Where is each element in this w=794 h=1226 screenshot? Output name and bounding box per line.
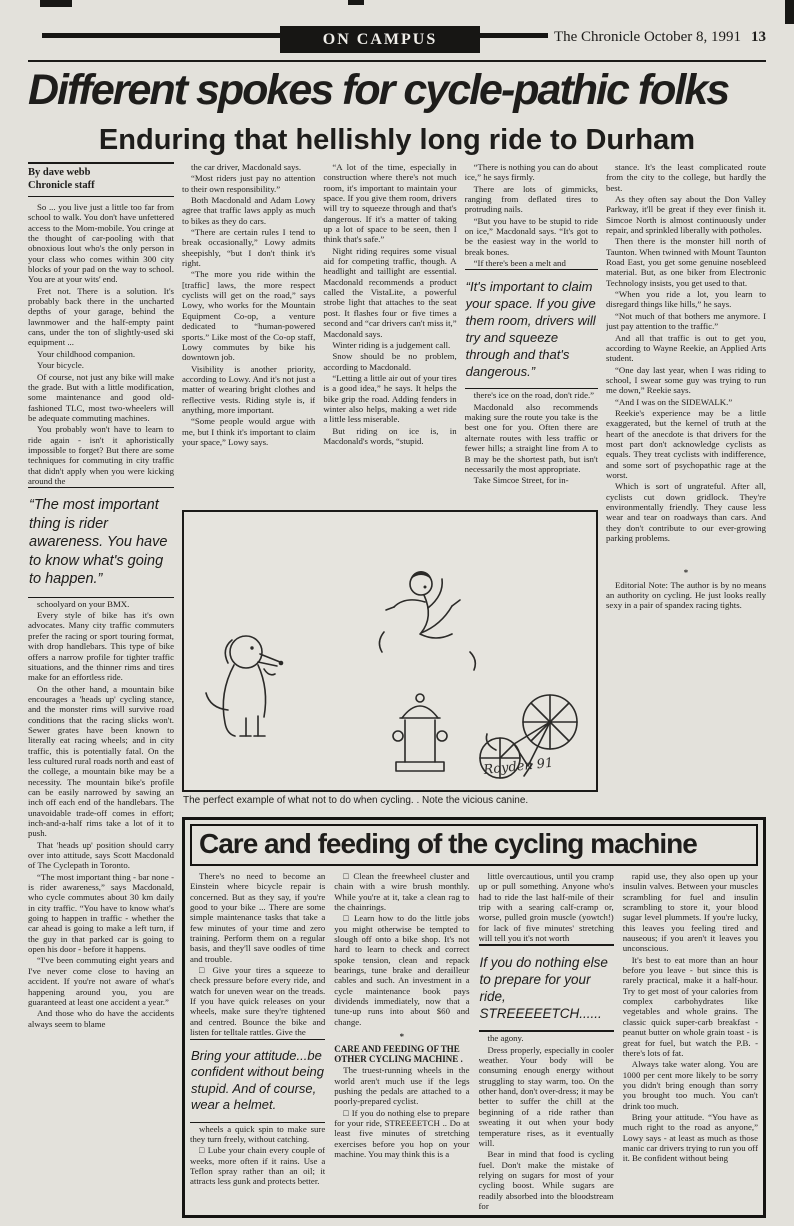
body-paragraph: But riding on ice is, in Macdonald's wor… bbox=[323, 426, 456, 447]
body-paragraph: little overcautious, until you cramp up … bbox=[479, 871, 614, 943]
body-paragraph: wheels a quick spin to make sure they tu… bbox=[190, 1124, 325, 1145]
pullquote-stretch: If you do nothing else to prepare for yo… bbox=[479, 944, 614, 1032]
main-column-4: “There is nothing you can do about ice,”… bbox=[465, 162, 598, 508]
cartoon-box: Royden 91 bbox=[182, 510, 598, 792]
body-paragraph: It's best to eat more than an hour befor… bbox=[623, 955, 758, 1058]
body-paragraph: Which is sort of ungrateful. After all, … bbox=[606, 481, 766, 543]
body-paragraph: stance. It's the least complicated route… bbox=[606, 162, 766, 193]
page-number: 13 bbox=[751, 29, 766, 45]
body-paragraph: As they often say about the Don Valley P… bbox=[606, 194, 766, 235]
body-paragraph: Your childhood companion. bbox=[28, 349, 174, 359]
body-paragraph: Both Macdonald and Adam Lowy agree that … bbox=[182, 195, 315, 226]
body-paragraph: And those who do have the accidents alwa… bbox=[28, 1008, 174, 1029]
care-article-columns: There's no need to become an Einstein wh… bbox=[190, 871, 758, 1212]
body-paragraph: “There is nothing you can do about ice,”… bbox=[465, 162, 598, 183]
mid-columns: the car driver, Macdonald says. “Most ri… bbox=[182, 162, 598, 508]
body-paragraph: “But you have to be stupid to ride on ic… bbox=[465, 216, 598, 257]
body-paragraph: That 'heads up' position should carry ov… bbox=[28, 840, 174, 871]
cartoon-cyclist bbox=[379, 571, 475, 670]
main-column-2: the car driver, Macdonald says. “Most ri… bbox=[182, 162, 315, 508]
pullquote-attitude: Bring your attitude...be confident witho… bbox=[190, 1039, 325, 1123]
body-paragraph: Then there is the monster hill north of … bbox=[606, 236, 766, 288]
body-paragraph: Visibility is another priority, accordin… bbox=[182, 364, 315, 416]
body-paragraph: □ Learn how to do the little jobs you mi… bbox=[334, 913, 469, 1027]
scan-artifact bbox=[40, 0, 72, 7]
scan-artifact bbox=[348, 0, 364, 5]
body-paragraph: “There are certain rules I tend to break… bbox=[182, 227, 315, 268]
upper-zone: the car driver, Macdonald says. “Most ri… bbox=[182, 162, 766, 812]
article-body: By dave webb Chronicle staff So ... you … bbox=[28, 162, 766, 1218]
cartoon-fire-hydrant bbox=[393, 694, 447, 771]
page-header: ON CAMPUS The Chronicle October 8, 19911… bbox=[28, 26, 766, 56]
body-paragraph: “When you ride a lot, you learn to disre… bbox=[606, 289, 766, 310]
body-paragraph: “If there's been a melt and bbox=[465, 258, 598, 268]
body-paragraph: Dress properly, especially in cooler wea… bbox=[479, 1045, 614, 1148]
care-column-1: There's no need to become an Einstein wh… bbox=[190, 871, 325, 1212]
body-paragraph: So ... you live just a little too far fr… bbox=[28, 202, 174, 285]
body-paragraph: Always take water along. You are 1000 pe… bbox=[623, 1059, 758, 1111]
body-paragraph: “Not much of that bothers me anymore. I … bbox=[606, 311, 766, 332]
section-divider-star: * bbox=[606, 567, 766, 577]
body-paragraph: “Some people would argue with me, but I … bbox=[182, 416, 315, 447]
main-headline: Different spokes for cycle-pathic folks bbox=[28, 66, 766, 114]
body-paragraph: Night riding requires some visual aid fo… bbox=[323, 246, 456, 339]
byline-box: By dave webb Chronicle staff bbox=[28, 162, 174, 197]
sub-headline: Enduring that hellishly long ride to Dur… bbox=[28, 124, 766, 157]
body-paragraph: “One day last year, when I was riding to… bbox=[606, 365, 766, 396]
care-column-3: little overcautious, until you cramp up … bbox=[479, 871, 614, 1212]
care-column-2: □ Clean the freewheel cluster and chain … bbox=[334, 871, 469, 1212]
body-paragraph: Fret not. There is a solution. It's prob… bbox=[28, 286, 174, 348]
body-paragraph: Of course, not just any bike will make t… bbox=[28, 372, 174, 424]
newspaper-page: ON CAMPUS The Chronicle October 8, 19911… bbox=[0, 0, 794, 1226]
cartoon-illustration: Royden 91 bbox=[184, 512, 596, 790]
body-paragraph: “Letting a little air out of your tires … bbox=[323, 373, 456, 425]
body-paragraph: Your bicycle. bbox=[28, 360, 174, 370]
cartoonist-signature: Royden 91 bbox=[482, 756, 554, 778]
masthead-title: The Chronicle October 8, 1991 bbox=[554, 29, 741, 45]
byline-org: Chronicle staff bbox=[28, 180, 174, 193]
body-paragraph: “And I was on the SIDEWALK.” bbox=[606, 397, 766, 407]
body-paragraph: Every style of bike has it's own advocat… bbox=[28, 610, 174, 682]
body-paragraph: On the other hand, a mountain bike encou… bbox=[28, 684, 174, 839]
body-paragraph: □ Lube your chain every couple of weeks,… bbox=[190, 1145, 325, 1186]
care-article-box: Care and feeding of the cycling machine … bbox=[182, 817, 766, 1218]
body-paragraph: “A lot of the time, especially in constr… bbox=[323, 162, 456, 245]
body-paragraph: □ Clean the freewheel cluster and chain … bbox=[334, 871, 469, 912]
care-subhead: CARE AND FEEDING OF THE OTHER CYCLING MA… bbox=[334, 1044, 469, 1065]
care-column-4: rapid use, they also open up your insuli… bbox=[623, 871, 758, 1212]
masthead: The Chronicle October 8, 199113 bbox=[554, 29, 766, 46]
care-article-headline: Care and feeding of the cycling machine bbox=[190, 824, 758, 866]
main-column-3: “A lot of the time, especially in constr… bbox=[323, 162, 456, 508]
header-underrule bbox=[28, 60, 766, 62]
body-paragraph: There's no need to become an Einstein wh… bbox=[190, 871, 325, 964]
scan-artifact bbox=[785, 0, 794, 24]
body-paragraph: □ If you do nothing else to prepare for … bbox=[334, 1108, 469, 1160]
body-paragraph: “I've been commuting eight years and I'v… bbox=[28, 955, 174, 1007]
body-paragraph: Bring your attitude. “You have as much r… bbox=[623, 1112, 758, 1164]
section-banner: ON CAMPUS bbox=[280, 26, 480, 53]
body-paragraph: The truest-running wheels in the world a… bbox=[334, 1065, 469, 1106]
cartoon-dog bbox=[206, 636, 283, 736]
body-paragraph: Take Simcoe Street, for in- bbox=[465, 475, 598, 485]
cartoon-caption: The perfect example of what not to do wh… bbox=[182, 792, 598, 810]
mid-zone: the car driver, Macdonald says. “Most ri… bbox=[182, 162, 598, 812]
pullquote-space: “It's important to claim your space. If … bbox=[465, 269, 598, 389]
editorial-note: Editorial Note: The author is by no mean… bbox=[606, 580, 766, 611]
pullquote-awareness: “The most important thing is rider aware… bbox=[28, 487, 174, 598]
body-paragraph: Snow should be no problem, according to … bbox=[323, 351, 456, 372]
body-paragraph: □ Give your tires a squeeze to check pre… bbox=[190, 965, 325, 1037]
body-paragraph: rapid use, they also open up your insuli… bbox=[623, 871, 758, 954]
body-paragraph: “The more you ride within the [traffic] … bbox=[182, 269, 315, 362]
body-paragraph: there's ice on the road, don't ride.” bbox=[465, 390, 598, 400]
body-paragraph: You probably won't have to learn to ride… bbox=[28, 424, 174, 486]
body-paragraph: the agony. bbox=[479, 1033, 614, 1043]
body-paragraph: schoolyard on your BMX. bbox=[28, 599, 174, 609]
body-paragraph: There are lots of gimmicks, ranging from… bbox=[465, 184, 598, 215]
main-column-1: By dave webb Chronicle staff So ... you … bbox=[28, 162, 174, 1218]
main-column-5: stance. It's the least complicated route… bbox=[606, 162, 766, 812]
body-paragraph: Winter riding is a judgement call. bbox=[323, 340, 456, 350]
body-paragraph: And all that traffic is out to get you, … bbox=[606, 333, 766, 364]
section-divider-star: * bbox=[334, 1031, 469, 1041]
right-zone: the car driver, Macdonald says. “Most ri… bbox=[182, 162, 766, 1218]
body-paragraph: Reekie's experience may be a little exag… bbox=[606, 408, 766, 480]
body-paragraph: the car driver, Macdonald says. bbox=[182, 162, 315, 172]
body-paragraph: Macdonald also recommends making sure th… bbox=[465, 402, 598, 474]
body-paragraph: “The most important thing - bar none - i… bbox=[28, 872, 174, 955]
byline: By dave webb bbox=[28, 167, 174, 180]
body-paragraph: “Most riders just pay no attention to th… bbox=[182, 173, 315, 194]
body-paragraph: Bear in mind that food is cycling fuel. … bbox=[479, 1149, 614, 1211]
